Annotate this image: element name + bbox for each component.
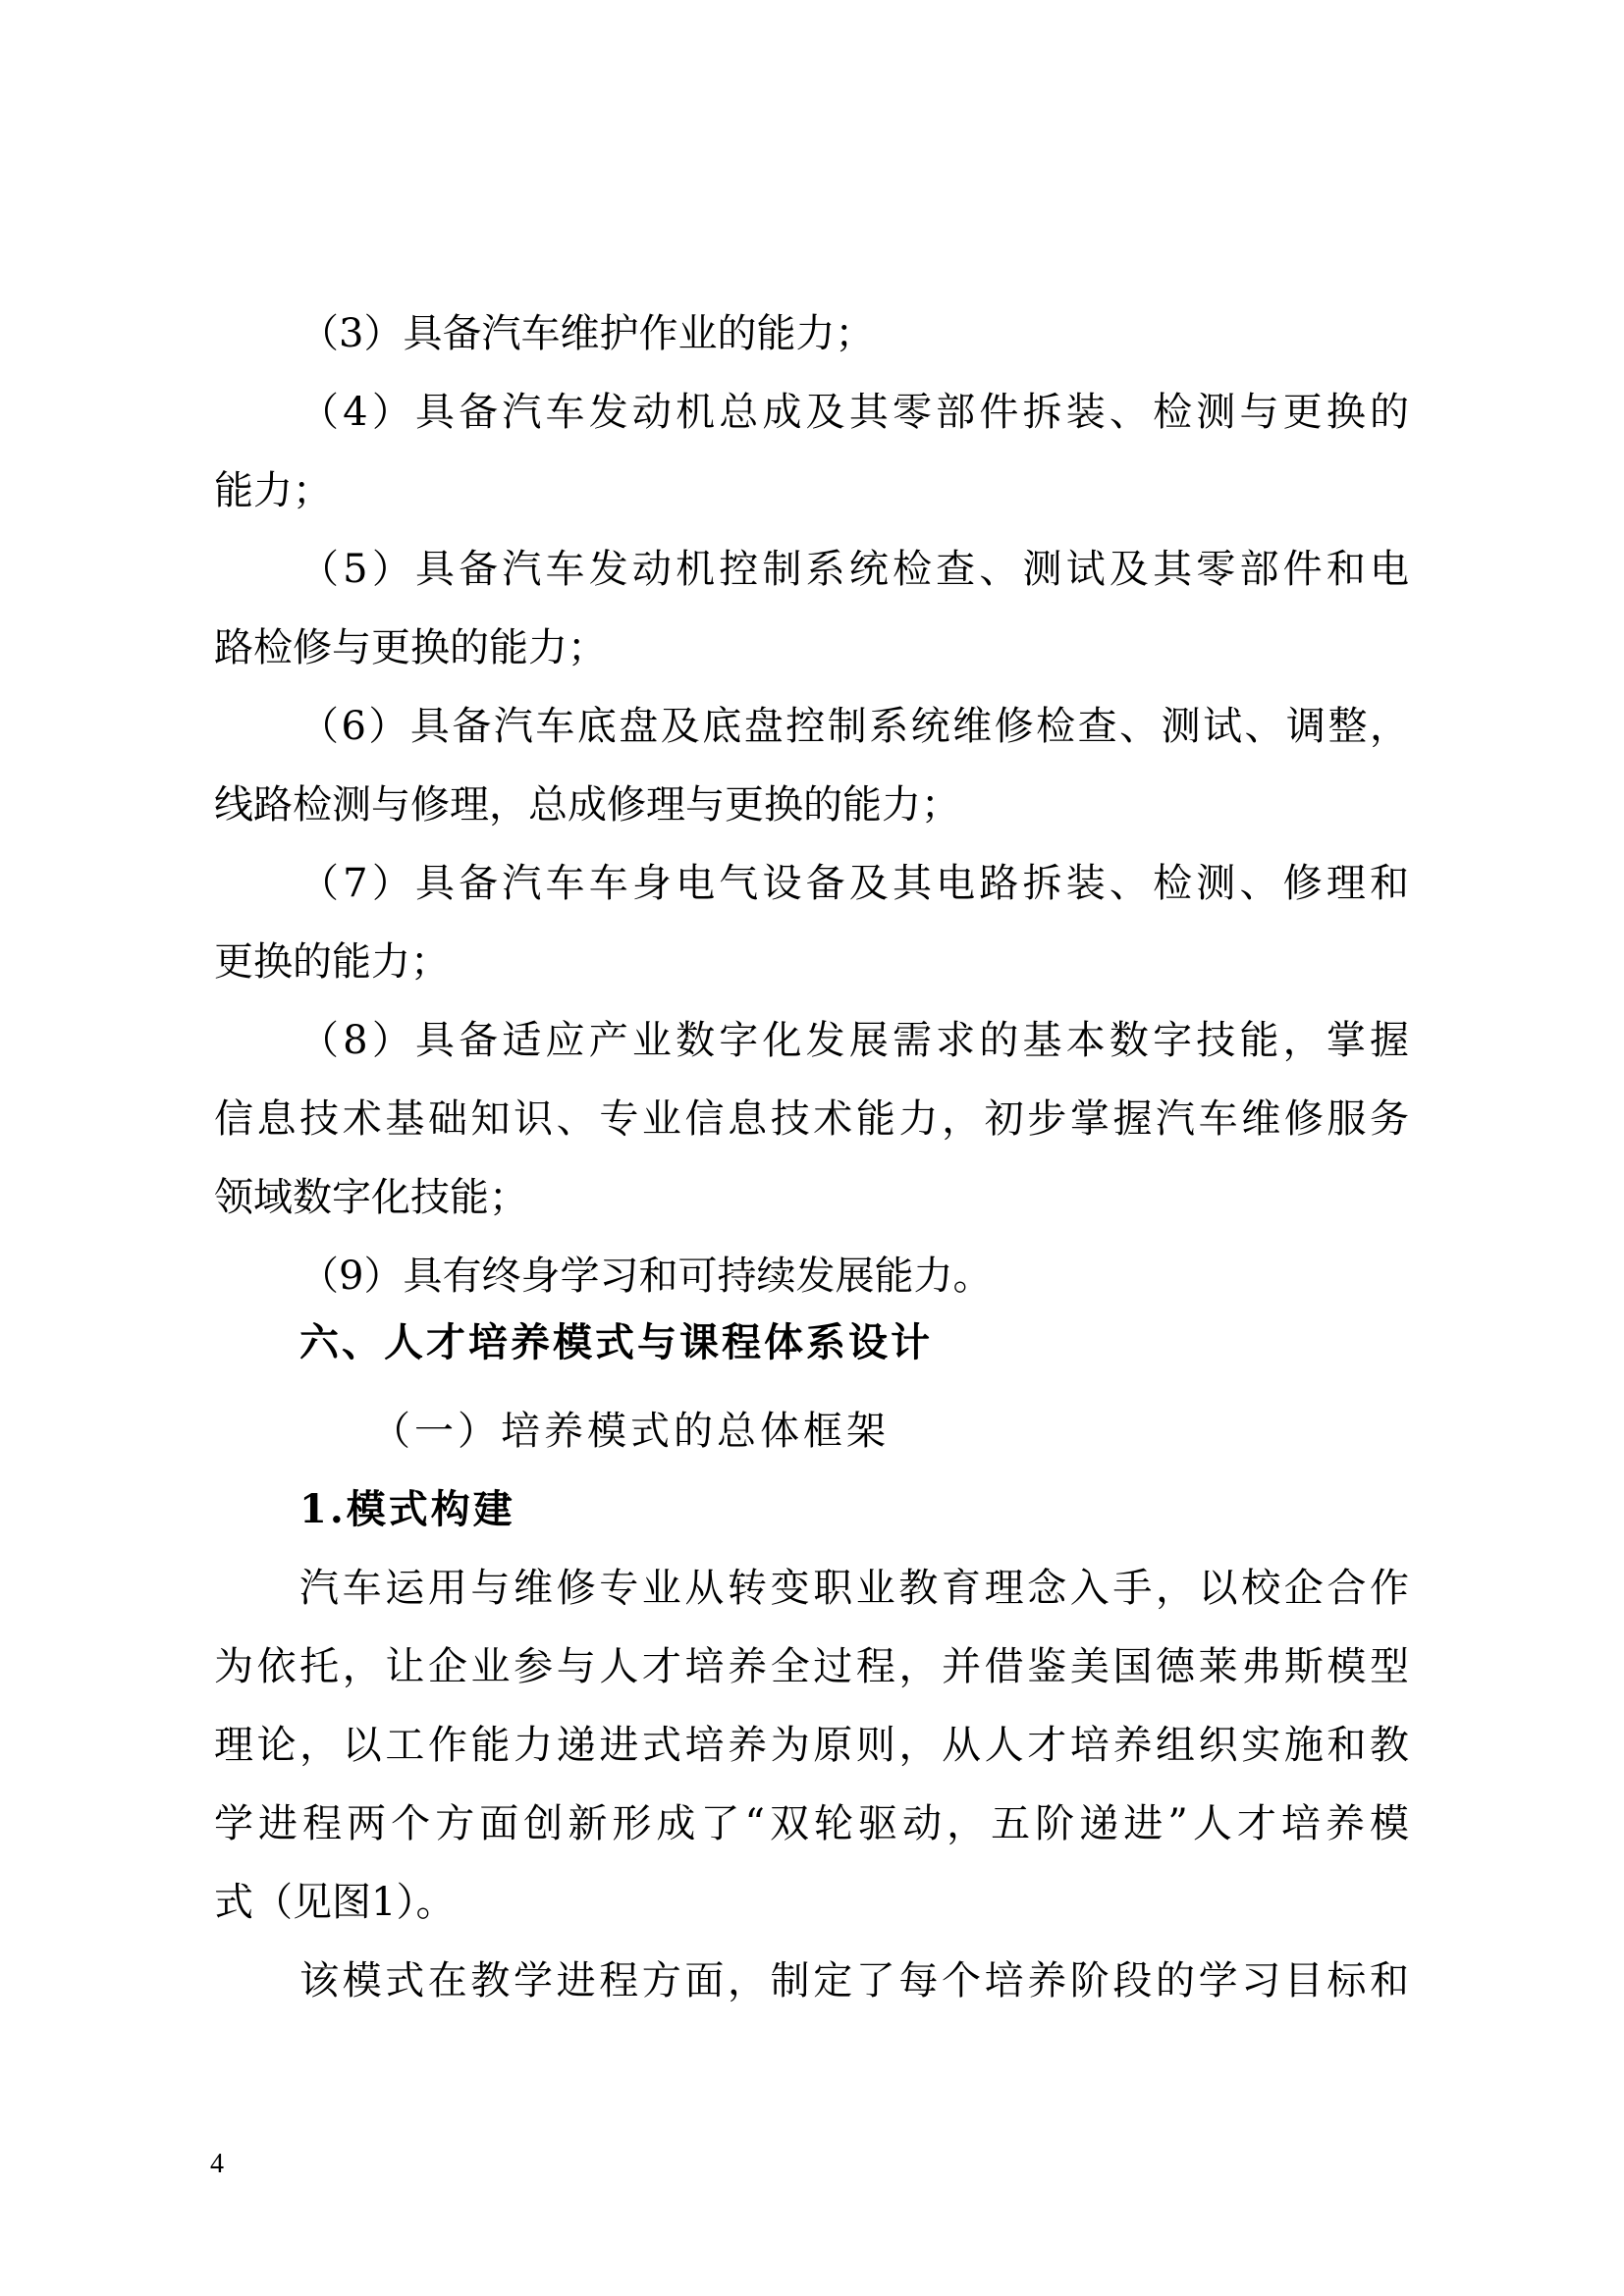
paragraph-line: 式（见图1）。	[214, 1873, 1409, 1932]
ability-item-8-cont-2: 领域数字化技能；	[214, 1168, 1409, 1227]
ability-item-4: （4）具备汽车发动机总成及其零部件拆装、检测与更换的	[299, 383, 1409, 442]
page-number: 4	[210, 2148, 224, 2181]
ability-item-7: （7）具备汽车车身电气设备及其电路拆装、检测、修理和	[299, 854, 1409, 913]
ability-item-5-cont: 路检修与更换的能力；	[214, 618, 1409, 677]
ability-item-6-cont: 线路检测与修理，总成修理与更换的能力；	[214, 775, 1409, 834]
ability-item-4-cont: 能力；	[214, 461, 1409, 520]
ability-item-8-cont-1: 信息技术基础知识、专业信息技术能力，初步掌握汽车维修服务	[214, 1090, 1409, 1148]
ability-item-6: （6）具备汽车底盘及底盘控制系统维修检查、测试、调整，	[299, 697, 1409, 756]
paragraph-line: 该模式在教学进程方面，制定了每个培养阶段的学习目标和	[299, 1951, 1409, 2010]
ability-item-7-cont: 更换的能力；	[214, 933, 1409, 991]
paragraph-line: 汽车运用与维修专业从转变职业教育理念入手，以校企合作	[299, 1559, 1409, 1618]
section-heading: 六、人才培养模式与课程体系设计	[299, 1313, 933, 1372]
paragraph-line: 为依托，让企业参与人才培养全过程，并借鉴美国德莱弗斯模型	[214, 1637, 1409, 1696]
sub-subsection-heading: 1.模式构建	[299, 1480, 515, 1539]
subsection-heading: （一）培养模式的总体框架	[371, 1402, 890, 1461]
ability-item-5: （5）具备汽车发动机控制系统检查、测试及其零部件和电	[299, 540, 1409, 599]
paragraph-line: 学进程两个方面创新形成了“双轮驱动，五阶递进”人才培养模	[214, 1794, 1409, 1853]
ability-item-8: （8）具备适应产业数字化发展需求的基本数字技能，掌握	[299, 1011, 1409, 1070]
ability-item-9: （9）具有终身学习和可持续发展能力。	[299, 1247, 1409, 1306]
paragraph-line: 理论，以工作能力递进式培养为原则，从人才培养组织实施和教	[214, 1716, 1409, 1775]
document-page: （3）具备汽车维护作业的能力； （4）具备汽车发动机总成及其零部件拆装、检测与更…	[0, 0, 1624, 2296]
ability-item-3: （3）具备汽车维护作业的能力；	[299, 304, 1409, 363]
